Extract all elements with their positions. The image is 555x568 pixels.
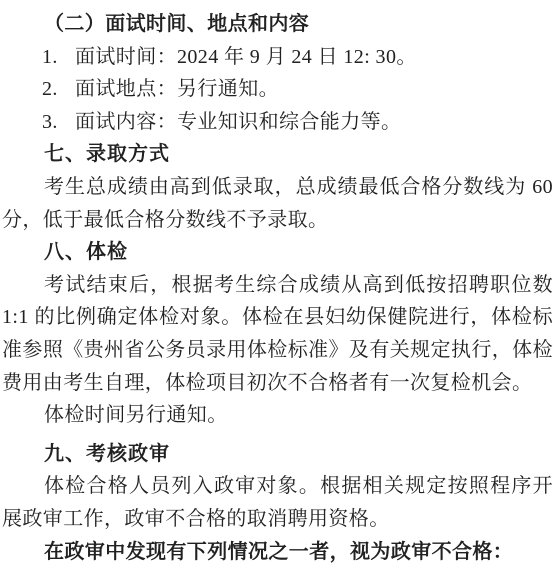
paragraph-review-fail-conditions: 在政审中发现有下列情况之一者，视为政审不合格： <box>2 536 553 568</box>
heading-political-review: 九、考核政审 <box>44 438 553 471</box>
document-page: （二）面试时间、地点和内容 1.面试时间：2024 年 9 月 24 日 12:… <box>0 0 555 568</box>
document-body: （二）面试时间、地点和内容 1.面试时间：2024 年 9 月 24 日 12:… <box>0 0 555 568</box>
paragraph-admission-rule: 考生总成绩由高到低录取，总成绩最低合格分数线为 60 分，低于最低合格分数线不予… <box>2 171 553 236</box>
list-text: 面试内容：专业知识和综合能力等。 <box>75 106 401 139</box>
paragraph-physical-exam-time: 体检时间另行通知。 <box>2 399 553 432</box>
list-number: 1. <box>42 41 66 74</box>
heading-admission-method: 七、录取方式 <box>44 138 553 171</box>
list-text: 面试地点：另行通知。 <box>75 73 279 106</box>
heading-interview-info: （二）面试时间、地点和内容 <box>44 8 553 41</box>
paragraph-physical-exam-detail: 考试结束后，根据考生综合成绩从高到低按招聘职位数 1:1 的比例确定体检对象。体… <box>2 269 553 399</box>
list-number: 3. <box>42 106 66 139</box>
list-item-interview-place: 2.面试地点：另行通知。 <box>42 73 553 106</box>
list-item-interview-content: 3.面试内容：专业知识和综合能力等。 <box>42 106 553 139</box>
heading-physical-exam: 八、体检 <box>44 236 553 269</box>
list-text: 面试时间：2024 年 9 月 24 日 12: 30。 <box>75 41 417 74</box>
list-number: 2. <box>42 73 66 106</box>
paragraph-political-review-detail: 体检合格人员列入政审对象。根据相关规定按照程序开展政审工作，政审不合格的取消聘用… <box>2 470 553 535</box>
list-item-interview-time: 1.面试时间：2024 年 9 月 24 日 12: 30。 <box>42 41 553 74</box>
